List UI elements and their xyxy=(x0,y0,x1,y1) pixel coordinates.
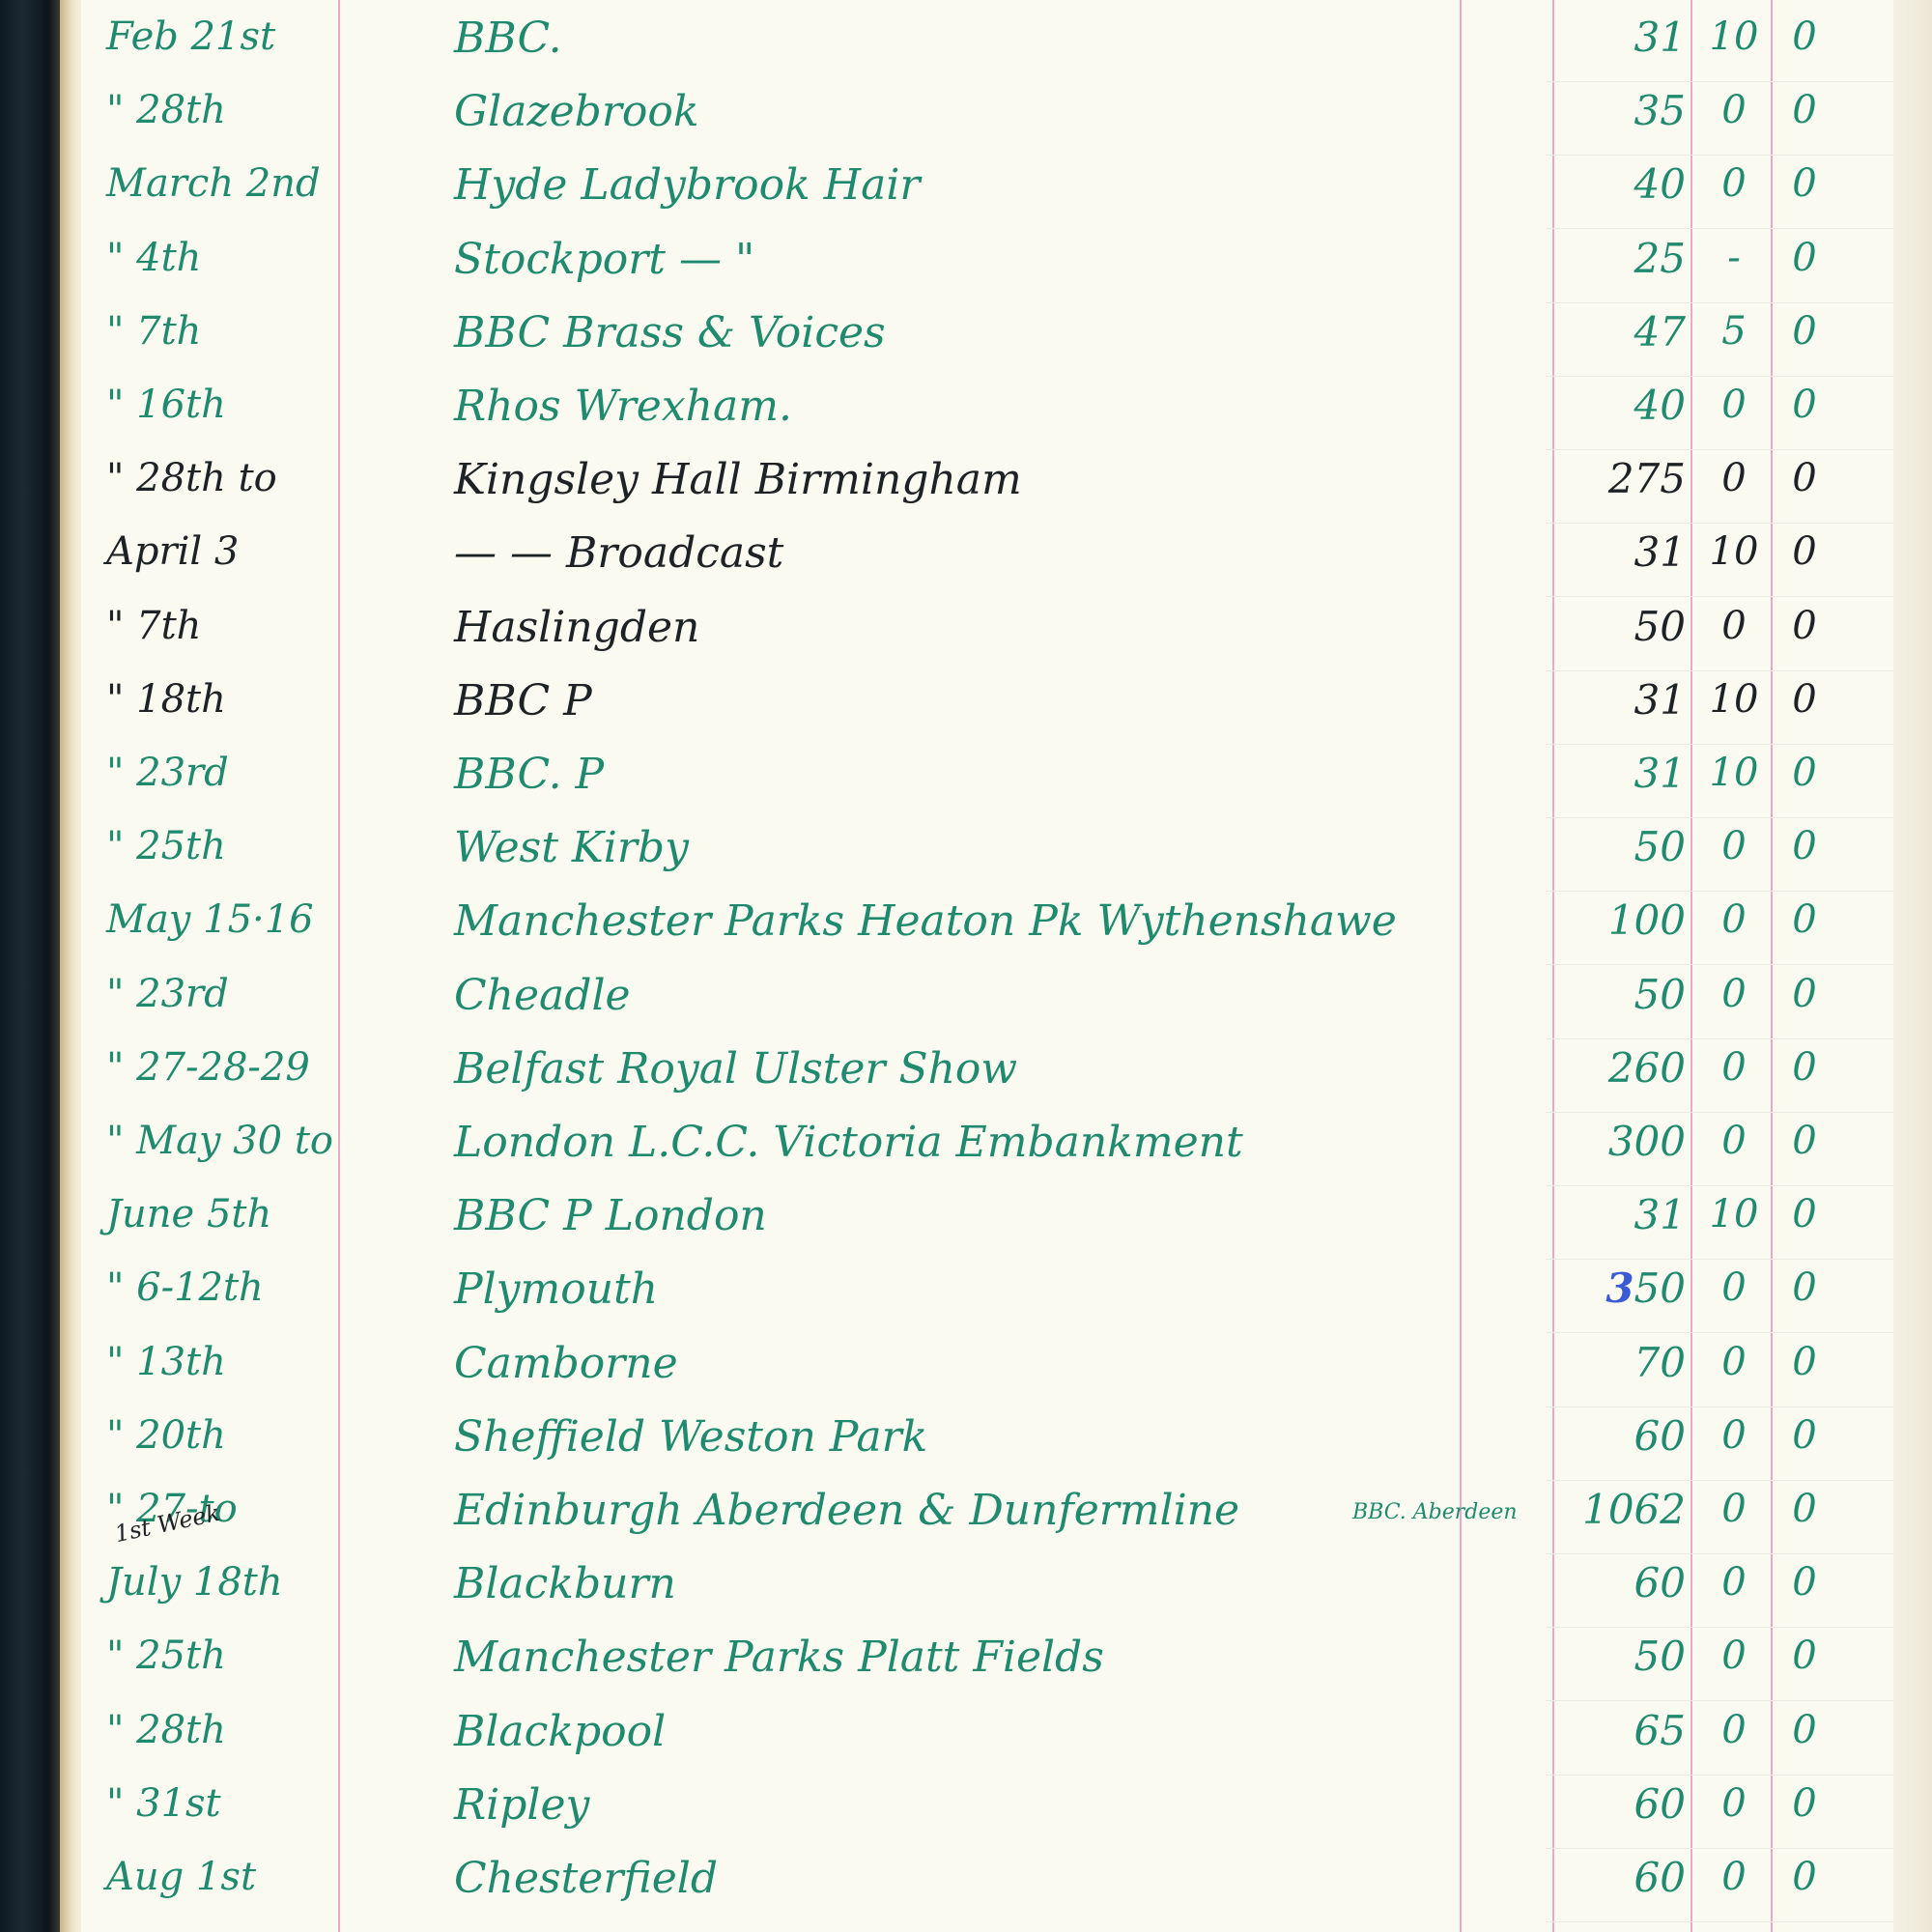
entry-pence: 0 xyxy=(1776,827,1833,866)
ledger-row: " 25thManchester Parks Platt Fields5000 xyxy=(0,1636,1932,1710)
entry-pence: 0 xyxy=(1776,1563,1833,1602)
entry-description: Manchester Parks Heaton Pk Wythenshawe xyxy=(454,900,1397,943)
ledger-row: " 20thSheffield Weston Park6000 xyxy=(0,1416,1932,1490)
entry-pounds: 70 xyxy=(1546,1343,1686,1383)
entry-pence: 0 xyxy=(1776,607,1833,645)
ruled-line xyxy=(1546,891,1893,892)
entry-description: Hyde Ladybrook Hair xyxy=(454,164,920,207)
entry-pence: 0 xyxy=(1776,1636,1833,1675)
entry-pounds: 275 xyxy=(1546,459,1686,499)
entry-date: July 18th xyxy=(106,1563,338,1602)
ledger-row: July 18thBlackburn6000 xyxy=(0,1563,1932,1636)
entry-shillings: 0 xyxy=(1700,1122,1768,1160)
entry-date: May 15·16 xyxy=(106,900,338,939)
entry-date: " 23rd xyxy=(106,975,338,1013)
entry-description: BBC Brass & Voices xyxy=(454,312,886,355)
entry-shillings: 0 xyxy=(1700,607,1768,645)
ruled-line xyxy=(1546,1921,1893,1922)
entry-date: " 20th xyxy=(106,1416,338,1455)
entry-pence: 0 xyxy=(1776,385,1833,424)
entry-date: " 28th xyxy=(106,91,338,129)
entry-pence: 0 xyxy=(1776,900,1833,939)
ledger-row: " 23rdBBC. P31100 xyxy=(0,753,1932,827)
entry-pounds: 60 xyxy=(1546,1858,1686,1898)
ledger-row: " 7thBBC Brass & Voices4750 xyxy=(0,312,1932,385)
entry-shillings: 0 xyxy=(1700,459,1768,497)
entry-date: " 16th xyxy=(106,385,338,424)
entry-date: " 7th xyxy=(106,607,338,645)
entry-date: April 3 xyxy=(106,532,338,571)
entry-pence: 0 xyxy=(1776,1343,1833,1381)
entry-description: Haslingden xyxy=(454,607,699,649)
ruled-line xyxy=(1546,744,1893,745)
entry-pounds: 47 xyxy=(1546,312,1686,353)
entry-shillings: 0 xyxy=(1700,1416,1768,1455)
ledger-row: " 13thCamborne7000 xyxy=(0,1343,1932,1416)
entry-pence: 0 xyxy=(1776,975,1833,1013)
entry-shillings: 0 xyxy=(1700,385,1768,424)
entry-date: " 7th xyxy=(106,312,338,351)
entry-pence: 0 xyxy=(1776,1195,1833,1234)
ledger-row: April 3— — Broadcast31100 xyxy=(0,532,1932,606)
ruled-line xyxy=(1546,1553,1893,1554)
entry-pence: 0 xyxy=(1776,239,1833,277)
ledger-row: " 27-28-29Belfast Royal Ulster Show26000 xyxy=(0,1048,1932,1122)
entry-date: " 18th xyxy=(106,680,338,719)
entry-description: BBC P London xyxy=(454,1195,767,1237)
entry-description: Blackpool xyxy=(454,1711,666,1753)
entry-shillings: 0 xyxy=(1700,1784,1768,1823)
entry-pence: 0 xyxy=(1776,532,1833,571)
entry-description: Camborne xyxy=(454,1343,678,1385)
entry-date: " 6-12th xyxy=(106,1268,338,1307)
entry-shillings: 0 xyxy=(1700,1563,1768,1602)
entry-pence: 0 xyxy=(1776,1268,1833,1307)
ruled-line xyxy=(1546,596,1893,597)
entry-pounds: 35 xyxy=(1546,91,1686,131)
entry-pounds: 40 xyxy=(1546,385,1686,426)
ledger-row: " 28th toKingsley Hall Birmingham27500 xyxy=(0,459,1932,532)
entry-pence: 0 xyxy=(1776,459,1833,497)
ledger-row: " 27-toEdinburgh Aberdeen & Dunfermline1… xyxy=(0,1490,1932,1563)
entry-shillings: 0 xyxy=(1700,1490,1768,1528)
ledger-row: " 7thHaslingden5000 xyxy=(0,607,1932,680)
entry-description: — — Broadcast xyxy=(454,532,783,575)
ledger-row: " 31stRipley6000 xyxy=(0,1784,1932,1858)
ruled-line xyxy=(1546,1332,1893,1333)
ruled-line xyxy=(1546,1038,1893,1039)
entry-shillings: 10 xyxy=(1700,17,1768,56)
entry-date: " May 30 to xyxy=(106,1122,338,1160)
entry-date: " 31st xyxy=(106,1784,338,1823)
ledger-row: " 28thBlackpool6500 xyxy=(0,1711,1932,1784)
entry-shillings: 0 xyxy=(1700,1711,1768,1749)
entry-pounds: 50 xyxy=(1546,607,1686,647)
ledger-row: March 2ndHyde Ladybrook Hair4000 xyxy=(0,164,1932,238)
entry-date: " 4th xyxy=(106,239,338,277)
entry-description: Cheadle xyxy=(454,975,631,1017)
ruled-line xyxy=(1546,1112,1893,1113)
ruled-line xyxy=(1546,376,1893,377)
entry-pounds: 50 xyxy=(1546,1636,1686,1677)
entry-pence: 0 xyxy=(1776,312,1833,351)
entry-pounds: 300 xyxy=(1546,1122,1686,1162)
ledger-row: Feb 21stBBC.31100 xyxy=(0,17,1932,91)
ledger-row: " 6-12thPlymouth35000 xyxy=(0,1268,1932,1342)
ledger-row: June 5thBBC P London31100 xyxy=(0,1195,1932,1268)
entry-date: " 25th xyxy=(106,827,338,866)
entry-shillings: 10 xyxy=(1700,680,1768,719)
ruled-line xyxy=(1546,1700,1893,1701)
entry-description: Plymouth xyxy=(454,1268,658,1311)
entry-pence: 0 xyxy=(1776,164,1833,203)
entry-pence: 0 xyxy=(1776,1784,1833,1823)
entry-shillings: 5 xyxy=(1700,312,1768,351)
ruled-line xyxy=(1546,1775,1893,1776)
entry-pounds: 100 xyxy=(1546,900,1686,941)
ruled-line xyxy=(1546,523,1893,524)
ledger-row: " 23rdCheadle5000 xyxy=(0,975,1932,1048)
entry-description: Rhos Wrexham. xyxy=(454,385,792,428)
entry-pounds: 40 xyxy=(1546,164,1686,205)
entry-pounds: 1062 xyxy=(1546,1490,1686,1530)
entry-pence: 0 xyxy=(1776,1858,1833,1896)
ruled-line xyxy=(1546,228,1893,229)
entry-pounds: 25 xyxy=(1546,239,1686,279)
entry-description: Chesterfield xyxy=(454,1858,718,1900)
entry-shillings: 0 xyxy=(1700,1268,1768,1307)
ledger-row: " 28thGlazebrook3500 xyxy=(0,91,1932,164)
entry-description: BBC. xyxy=(454,17,562,60)
entry-description: Blackburn xyxy=(454,1563,676,1605)
ledger-row: " 25thWest Kirby5000 xyxy=(0,827,1932,900)
entry-shillings: 0 xyxy=(1700,827,1768,866)
entry-pounds: 60 xyxy=(1546,1563,1686,1604)
ledger-row: " May 30 toLondon L.C.C. Victoria Embank… xyxy=(0,1122,1932,1195)
entry-pounds: 60 xyxy=(1546,1784,1686,1825)
ruled-line xyxy=(1546,1406,1893,1407)
ledger-row: " 16thRhos Wrexham.4000 xyxy=(0,385,1932,459)
entry-shillings: 0 xyxy=(1700,1343,1768,1381)
entry-description: Edinburgh Aberdeen & Dunfermline xyxy=(454,1490,1239,1532)
entry-date: " 28th xyxy=(106,1711,338,1749)
entry-shillings: 0 xyxy=(1700,164,1768,203)
entry-pounds: 31 xyxy=(1546,753,1686,794)
entry-shillings: 0 xyxy=(1700,975,1768,1013)
entry-date: June 5th xyxy=(106,1195,338,1234)
entry-pence: 0 xyxy=(1776,91,1833,129)
ruled-line xyxy=(1546,302,1893,303)
entry-shillings: 0 xyxy=(1700,1636,1768,1675)
entry-date: Feb 21st xyxy=(106,17,338,56)
entry-pence: 0 xyxy=(1776,680,1833,719)
entry-date: " 25th xyxy=(106,1636,338,1675)
entry-pounds: 260 xyxy=(1546,1048,1686,1089)
entry-pounds: 65 xyxy=(1546,1711,1686,1751)
ruled-line xyxy=(1546,449,1893,450)
entry-date: March 2nd xyxy=(106,164,338,203)
ruled-line xyxy=(1546,1848,1893,1849)
entry-pounds: 50 xyxy=(1546,975,1686,1015)
entry-description: Manchester Parks Platt Fields xyxy=(454,1636,1104,1679)
entry-pence: 0 xyxy=(1776,753,1833,792)
ledger-row: " 18thBBC P31100 xyxy=(0,680,1932,753)
entry-pence: 0 xyxy=(1776,1048,1833,1087)
entry-description: London L.C.C. Victoria Embankment xyxy=(454,1122,1243,1164)
entry-pounds: 31 xyxy=(1546,680,1686,721)
entry-date: Aug 1st xyxy=(106,1858,338,1896)
entry-description: Belfast Royal Ulster Show xyxy=(454,1048,1017,1091)
overwritten-digit: 3 xyxy=(1605,1264,1634,1312)
ledger-row: May 15·16Manchester Parks Heaton Pk Wyth… xyxy=(0,900,1932,974)
entry-shillings: 0 xyxy=(1700,1858,1768,1896)
entry-pounds: 31 xyxy=(1546,17,1686,58)
ruled-line xyxy=(1546,155,1893,156)
entry-description: Ripley xyxy=(454,1784,589,1827)
entry-shillings: - xyxy=(1700,239,1768,277)
entry-description: BBC P xyxy=(454,680,592,723)
side-note-bbc-aberdeen: BBC. Aberdeen xyxy=(1352,1500,1518,1524)
entry-date: " 28th to xyxy=(106,459,338,497)
entry-date: " 27-28-29 xyxy=(106,1048,338,1087)
entry-pence: 0 xyxy=(1776,17,1833,56)
entry-description: Sheffield Weston Park xyxy=(454,1416,927,1459)
entry-description: Stockport — " xyxy=(454,239,754,281)
entry-shillings: 0 xyxy=(1700,1048,1768,1087)
entry-pounds: 31 xyxy=(1546,532,1686,573)
ledger-row: Aug 1stChesterfield6000 xyxy=(0,1858,1932,1931)
ledger-row: " 4thStockport — "25-0 xyxy=(0,239,1932,312)
entry-date: " 13th xyxy=(106,1343,338,1381)
entry-shillings: 0 xyxy=(1700,91,1768,129)
ruled-line xyxy=(1546,1480,1893,1481)
entry-pounds: 350 xyxy=(1546,1268,1686,1309)
entry-pence: 0 xyxy=(1776,1416,1833,1455)
entry-shillings: 0 xyxy=(1700,900,1768,939)
entry-date: " 23rd xyxy=(106,753,338,792)
entry-description: West Kirby xyxy=(454,827,689,869)
entry-pounds: 50 xyxy=(1546,827,1686,867)
entry-shillings: 10 xyxy=(1700,753,1768,792)
entry-pounds: 60 xyxy=(1546,1416,1686,1457)
ruled-line xyxy=(1546,1627,1893,1628)
ruled-line xyxy=(1546,817,1893,818)
ruled-line xyxy=(1546,964,1893,965)
entry-pounds: 31 xyxy=(1546,1195,1686,1236)
entry-shillings: 10 xyxy=(1700,1195,1768,1234)
entry-pence: 0 xyxy=(1776,1490,1833,1528)
ruled-line xyxy=(1546,81,1893,82)
ruled-line xyxy=(1546,670,1893,671)
entry-pence: 0 xyxy=(1776,1122,1833,1160)
ruled-line xyxy=(1546,1185,1893,1186)
ruled-line xyxy=(1546,1259,1893,1260)
entry-shillings: 10 xyxy=(1700,532,1768,571)
entry-pence: 0 xyxy=(1776,1711,1833,1749)
entry-description: BBC. P xyxy=(454,753,604,796)
entry-description: Glazebrook xyxy=(454,91,699,133)
entry-description: Kingsley Hall Birmingham xyxy=(454,459,1022,501)
